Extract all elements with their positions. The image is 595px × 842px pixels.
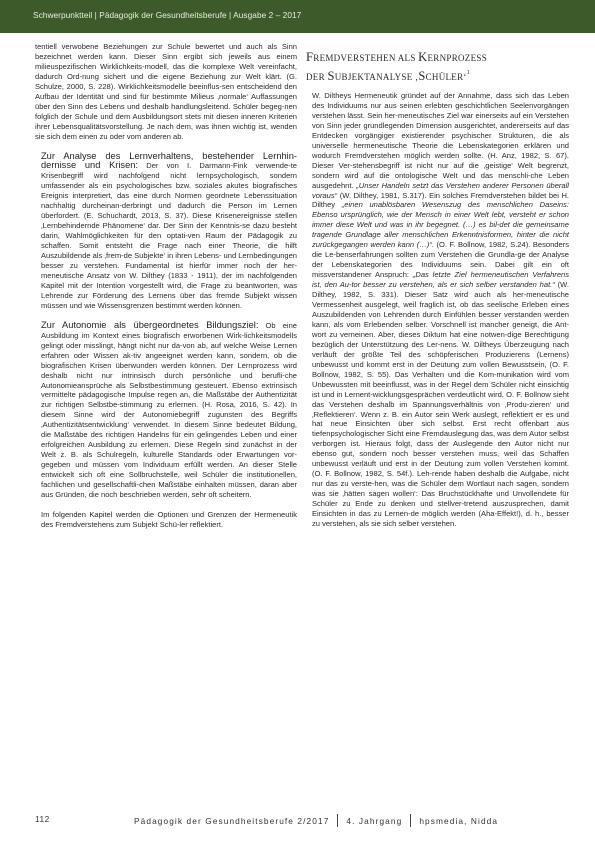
paragraph-lernverhalten: Zur Analyse des Lernverhaltens, bestehen… — [35, 152, 297, 311]
heading-line-1: Fremdverstehen als Kernprozess — [306, 50, 569, 66]
left-column: tentiell verwobene Beziehungen zur Schul… — [35, 42, 297, 530]
publisher: hpsmedia, Nidda — [419, 816, 498, 826]
journal-name: Pädagogik der Gesundheitsberufe 2/2017 — [134, 816, 329, 826]
divider — [337, 814, 338, 827]
paragraph-body: Der von I. Darmann-Fink verwende-te Kris… — [41, 161, 297, 309]
footer-info: Pädagogik der Gesundheitsberufe 2/20174.… — [134, 814, 498, 827]
divider — [410, 814, 411, 827]
footnote-marker[interactable]: 1 — [467, 70, 470, 76]
paragraph-dilthey: W. Diltheys Hermeneutik gründet auf der … — [306, 91, 569, 529]
paragraph-autonomie: Zur Autonomie als übergeordnetes Bildung… — [35, 321, 297, 500]
paragraph: Im folgenden Kapitel werden die Optionen… — [35, 510, 297, 530]
volume: 4. Jahrgang — [346, 816, 402, 826]
run-in-heading: Zur Autonomie als übergeordnetes Bildung… — [41, 320, 258, 330]
section-heading: Fremdverstehen als Kernprozess der Subje… — [306, 50, 569, 85]
heading-line-2: der Subjektanalyse ‚Schüler‘1 — [306, 66, 569, 85]
header-bar: Schwerpunktteil | Pädagogik der Gesundhe… — [0, 0, 595, 33]
paragraph: tentiell verwobene Beziehungen zur Schul… — [35, 42, 297, 142]
paragraph-body: Ob eine Ausbildung im Kontext eines biog… — [41, 321, 297, 499]
page-footer: 112 Pädagogik der Gesundheitsberufe 2/20… — [0, 814, 595, 828]
right-column: Fremdverstehen als Kernprozess der Subje… — [306, 50, 569, 529]
page-number: 112 — [35, 814, 50, 824]
running-title: Schwerpunktteil | Pädagogik der Gesundhe… — [33, 10, 301, 20]
